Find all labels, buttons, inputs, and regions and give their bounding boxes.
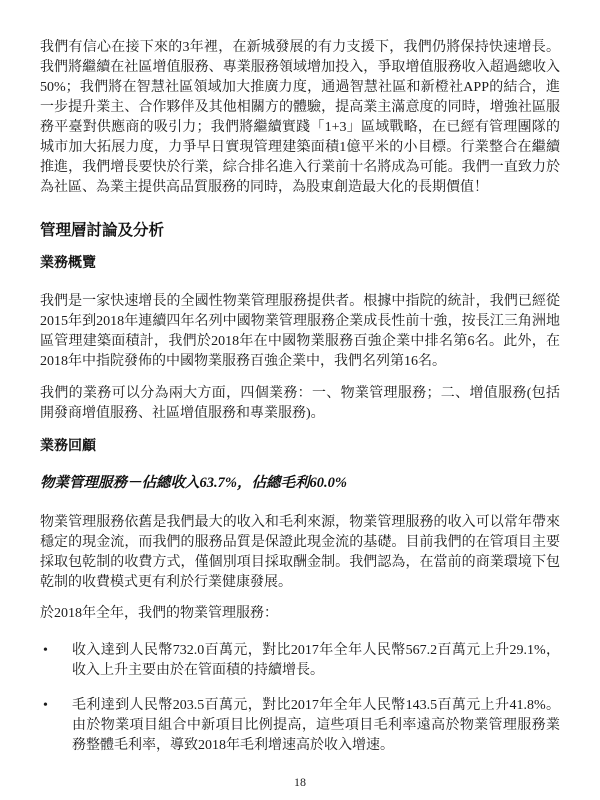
page-content: 我們有信心在接下來的3年裡，在新城發展的有力支援下，我們仍將保持快速增長。我們將… [40,38,560,771]
bullet-item-gross-profit: • 毛利達到人民幣203.5百萬元，對比2017年全年人民幣143.5百萬元上升… [40,696,560,756]
section-title-mdna: 管理層討論及分析 [40,222,560,240]
bullet-text-revenue: 收入達到人民幣732.0百萬元，對比2017年全年人民幣567.2百萬元上升29… [72,641,560,681]
bullet-icon: • [40,641,72,661]
bullet-item-revenue: • 收入達到人民幣732.0百萬元，對比2017年全年人民幣567.2百萬元上升… [40,641,560,681]
document-page: 我們有信心在接下來的3年裡，在新城發展的有力支援下，我們仍將保持快速增長。我們將… [0,0,600,800]
bullet-list: • 收入達到人民幣732.0百萬元，對比2017年全年人民幣567.2百萬元上升… [40,641,560,756]
bullet-icon: • [40,696,72,716]
subheading-property-management-share: 物業管理服務－佔總收入63.7%，佔總毛利60.0% [40,474,560,492]
paragraph-property-management-revenue-model: 物業管理服務依舊是我們最大的收入和毛利來源，物業管理服務的收入可以常年帶來穩定的… [40,513,560,593]
paragraph-business-segments: 我們的業務可以分為兩大方面，四個業務：一、物業管理服務；二、增值服務(包括開發商… [40,384,560,424]
paragraph-company-ranking: 我們是一家快速增長的全國性物業管理服務提供者。根據中指院的統計，我們已經從201… [40,292,560,372]
page-number: 18 [0,775,600,789]
heading-business-overview: 業務概覽 [40,254,560,270]
bullet-text-gross-profit: 毛利達到人民幣203.5百萬元，對比2017年全年人民幣143.5百萬元上升41… [72,696,560,756]
intro-paragraph: 我們有信心在接下來的3年裡，在新城發展的有力支援下，我們仍將保持快速增長。我們將… [40,38,560,198]
paragraph-2018-services-intro: 於2018年全年，我們的物業管理服務： [40,604,560,624]
heading-business-review: 業務回顧 [40,437,560,453]
